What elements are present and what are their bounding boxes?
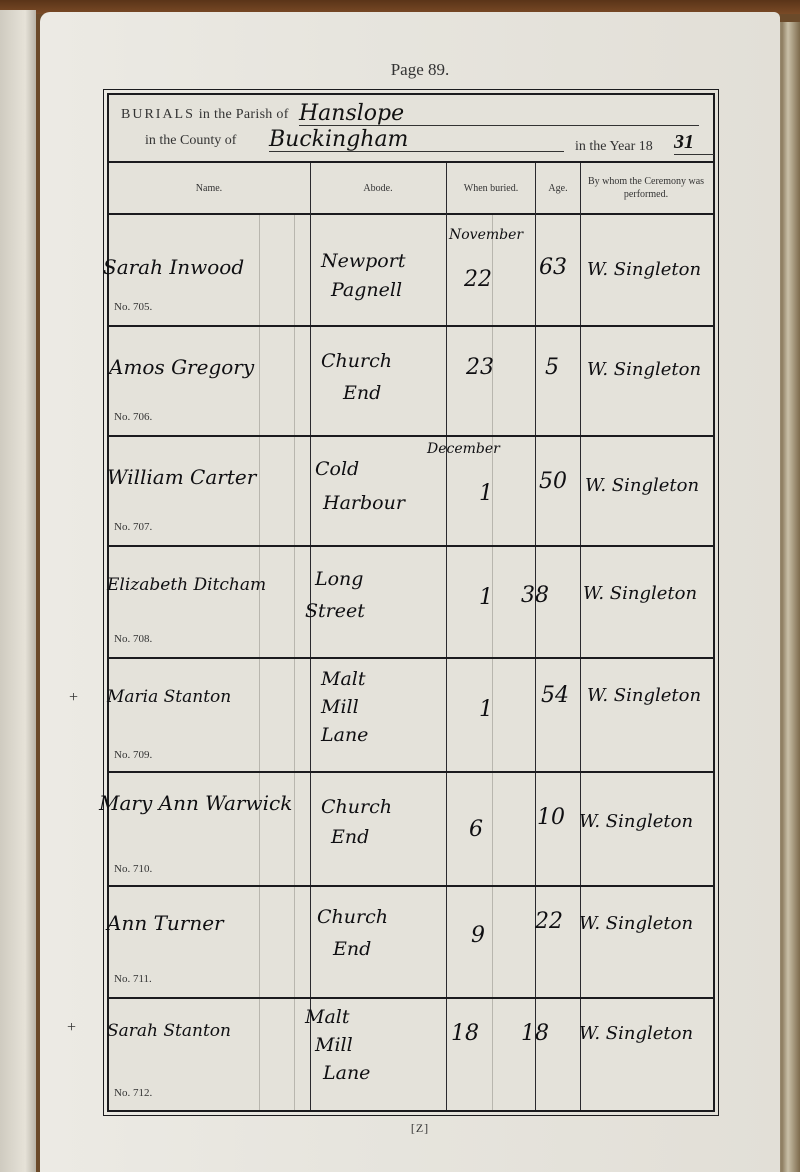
entry-age: 5 [545, 355, 559, 380]
entry-abode-line: Malt [321, 665, 366, 694]
table-row: William Carter No. 707. Cold Harbour Dec… [109, 437, 713, 545]
entry-abode-line: End [331, 823, 369, 852]
entry-minister: W. Singleton [587, 259, 701, 280]
entry-day: 23 [466, 355, 494, 380]
entry-abode-line: Mill [315, 1031, 353, 1060]
entry-abode-line: Newport [321, 247, 405, 276]
entry-abode-line: Church [321, 347, 392, 376]
entry-day: 18 [451, 1021, 479, 1046]
entry-name: Sarah Stanton [107, 1021, 231, 1041]
parish-label: in the Parish of [199, 107, 289, 122]
county-label: in the County of [145, 133, 236, 149]
entry-name: Elizabeth Ditcham [107, 575, 266, 595]
column-header-name: Name. [109, 163, 309, 213]
entry-minister: W. Singleton [587, 685, 701, 706]
entry-abode-line: Cold [315, 455, 359, 484]
entry-number: No. 705. [114, 301, 152, 313]
entry-number: No. 710. [114, 863, 152, 875]
column-header-minister: By whom the Ceremony was performed. [581, 163, 711, 213]
entry-number: No. 707. [114, 521, 152, 533]
entry-abode-line: End [343, 379, 381, 408]
table-row: Sarah Inwood No. 705. Newport Pagnell No… [109, 215, 713, 325]
entry-abode-line: Lane [321, 721, 368, 750]
signature-mark: [Z] [0, 1121, 800, 1136]
margin-cross-mark: + [69, 689, 78, 707]
burials-heading: BURIALS [121, 107, 195, 122]
table-row: Ann Turner No. 711. Church End 9 22 W. S… [109, 887, 713, 997]
entry-abode-line: Malt [305, 1003, 350, 1032]
entry-number: No. 712. [114, 1087, 152, 1099]
entry-abode-line: Church [317, 903, 388, 932]
entry-age: 50 [539, 469, 567, 494]
entry-abode-line: Street [305, 597, 365, 626]
entry-number: No. 708. [114, 633, 152, 645]
entry-number: No. 706. [114, 411, 152, 423]
entry-month: November [449, 227, 523, 243]
column-header-when-buried: When buried. [447, 163, 535, 213]
entry-minister: W. Singleton [583, 583, 697, 604]
entry-age: 22 [535, 909, 563, 934]
header-parish-line: BURIALS in the Parish of [121, 107, 289, 123]
entry-day: 1 [479, 697, 493, 722]
entry-abode-line: Church [321, 793, 392, 822]
entry-name: Maria Stanton [107, 687, 231, 707]
entry-age: 38 [521, 583, 549, 608]
parish-value: Hanslope [299, 103, 699, 126]
column-header-age: Age. [536, 163, 580, 213]
entry-name: Amos Gregory [109, 355, 254, 379]
entry-abode-line: Long [315, 565, 363, 594]
column-header-abode: Abode. [310, 163, 446, 213]
table-row: + Maria Stanton No. 709. Malt Mill Lane … [109, 659, 713, 771]
entry-minister: W. Singleton [585, 475, 699, 496]
entry-name: Sarah Inwood [103, 255, 244, 279]
burial-register-table: BURIALS in the Parish of Hanslope in the… [107, 93, 715, 1112]
entry-minister: W. Singleton [579, 1023, 693, 1044]
entry-abode-line: End [333, 935, 371, 964]
entry-abode-line: Lane [323, 1059, 370, 1088]
entry-day: 9 [471, 923, 485, 948]
facing-page-edge [0, 10, 36, 1172]
table-row: Elizabeth Ditcham No. 708. Long Street 1… [109, 547, 713, 657]
entry-minister: W. Singleton [587, 359, 701, 380]
entry-age: 10 [537, 805, 565, 830]
table-row: Amos Gregory No. 706. Church End 23 5 W.… [109, 327, 713, 435]
entry-number: No. 711. [114, 973, 152, 985]
entry-day: 22 [464, 267, 492, 292]
table-row: + Sarah Stanton No. 712. Malt Mill Lane … [109, 999, 713, 1109]
entry-age: 54 [541, 683, 569, 708]
entry-minister: W. Singleton [579, 913, 693, 934]
entry-abode-line: Harbour [323, 489, 405, 518]
margin-cross-mark: + [67, 1019, 76, 1037]
entry-day: 6 [469, 817, 483, 842]
entry-name: William Carter [107, 465, 256, 489]
entry-name: Mary Ann Warwick [99, 791, 292, 815]
year-label: in the Year 18 [575, 139, 653, 155]
entry-age: 63 [539, 255, 567, 280]
entry-abode-line: Mill [321, 693, 359, 722]
entry-day: 1 [479, 481, 493, 506]
table-row: Mary Ann Warwick No. 710. Church End 6 1… [109, 773, 713, 885]
entry-age: 18 [521, 1021, 549, 1046]
entry-abode-line: Pagnell [331, 276, 402, 305]
entry-minister: W. Singleton [579, 811, 693, 832]
county-value: Buckingham [269, 129, 564, 152]
page-number: Page 89. [0, 60, 800, 80]
year-value: 31 [674, 131, 714, 155]
entry-name: Ann Turner [107, 911, 224, 935]
entry-month: December [427, 441, 500, 457]
entry-number: No. 709. [114, 749, 152, 761]
entry-day: 1 [479, 585, 493, 610]
